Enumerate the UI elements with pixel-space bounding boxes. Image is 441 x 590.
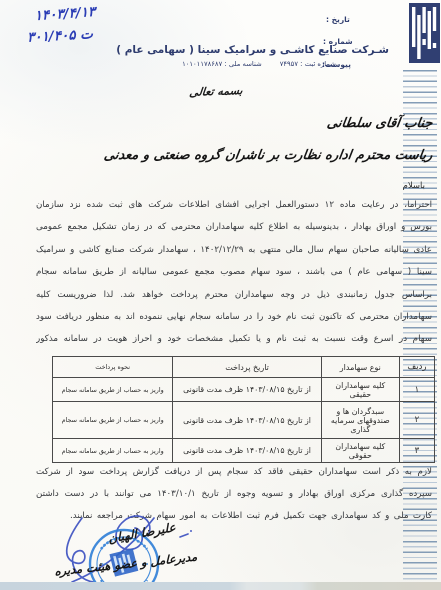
- table-row: ۱ کلیه سهامداران حقیقی از تاریخ ۱۴۰۳/۰۸/…: [53, 378, 435, 402]
- date-value-handwritten: ۱۴۰۳/۴/۱۳: [10, 2, 121, 26]
- cell-payment-method: واریز به حساب از طریق سامانه سجام: [53, 439, 173, 463]
- header-payment-method: نحوه پرداخت: [53, 357, 173, 378]
- national-id: شناسه ملی : ۱۰۱۰۱۱۷۸۶۸۷: [182, 60, 262, 68]
- cell-payment-date: از تاریخ ۱۴۰۳/۰۸/۱۵ ظرف مدت قانونی: [173, 402, 321, 439]
- cell-row-number: ۳: [399, 439, 434, 463]
- scanned-letter-page: تاریخ : ۱۴۰۳/۴/۱۳ شماره : ت ۳۰۱/۴۰۵ پیوس…: [0, 0, 441, 590]
- cell-shareholder-type: سبدگردان ها و صندوقهای سرمایه گذاری: [321, 402, 399, 439]
- company-name: شـرکت صنایع کاشـی و سرامیک سینا ( سهامی …: [129, 44, 389, 56]
- company-ids-line: شماره ثبت : ۷۴۹۵۷شناسه ملی : ۱۰۱۰۱۱۷۸۶۸۷: [139, 60, 379, 68]
- table-row: ۳ کلیه سهامداران حقوقی از تاریخ ۱۴۰۳/۰۸/…: [53, 439, 435, 463]
- cell-payment-date: از تاریخ ۱۴۰۳/۰۸/۱۵ ظرف مدت قانونی: [173, 439, 321, 463]
- bottom-scan-edge: [0, 582, 441, 590]
- table-header-row: ردیف نوع سهامدار تاریخ پرداخت نحوه پرداخ…: [53, 357, 435, 378]
- bismillah: بسمه تعالی: [170, 83, 261, 99]
- cell-payment-date: از تاریخ ۱۴۰۳/۰۸/۱۵ ظرف مدت قانونی: [173, 378, 321, 402]
- cell-payment-method: واریز به حساب از طریق سامانه سجام: [53, 402, 173, 439]
- cell-shareholder-type: کلیه سهامداران حقوقی: [321, 439, 399, 463]
- recipient-title: ریاست محترم اداره نظارت بر ناشران گروه ص…: [104, 148, 432, 163]
- company-logo: [409, 3, 440, 63]
- recipient-name-text: جناب آقای سلطانی: [325, 116, 433, 131]
- payment-schedule-table: ردیف نوع سهامدار تاریخ پرداخت نحوه پرداخ…: [52, 356, 435, 463]
- recipient-title-text: ریاست محترم اداره نظارت بر ناشران گروه ص…: [103, 148, 434, 163]
- cell-row-number: ۲: [399, 402, 434, 439]
- sina-logo-icon: [409, 3, 440, 63]
- cell-payment-method: واریز به حساب از طریق سامانه سجام: [53, 378, 173, 402]
- cell-row-number: ۱: [399, 378, 434, 402]
- greeting-line: باسلام: [403, 181, 425, 191]
- number-value-handwritten: ت ۳۰۱/۴۰۵: [2, 25, 119, 47]
- header-row-number: ردیف: [399, 357, 434, 378]
- table-row: ۲ سبدگردان ها و صندوقهای سرمایه گذاری از…: [53, 402, 435, 439]
- header-shareholder-type: نوع سهامدار: [321, 357, 399, 378]
- registration-number: شماره ثبت : ۷۴۹۵۷: [280, 60, 336, 68]
- date-label: تاریخ :: [326, 15, 360, 24]
- body-paragraph-1: احتراما، در رعایت ماده ۱۲ دستورالعمل اجر…: [36, 194, 432, 346]
- recipient-name: جناب آقای سلطانی: [327, 116, 432, 131]
- cell-shareholder-type: کلیه سهامداران حقیقی: [321, 378, 399, 402]
- header-payment-date: تاریخ پرداخت: [173, 357, 321, 378]
